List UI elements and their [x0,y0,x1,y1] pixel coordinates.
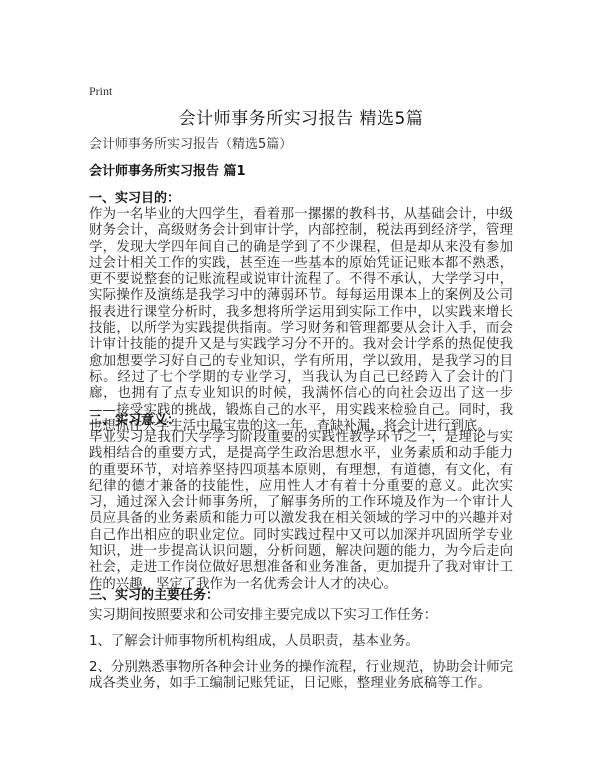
section-heading-tasks: 三、实习的主要任务： [89,584,219,603]
print-label[interactable]: Print [89,84,112,99]
page-title: 会计师事务所实习报告 精选5篇 [89,104,513,129]
article-heading: 会计师事务所实习报告 篇1 [89,160,246,179]
paragraph-significance: 毕业实习是我们大学学习阶段重要的实践性教学环节之一，是理论与实践相结合的重要方式… [89,430,513,593]
list-item-task-2: 2、分别熟悉事物所各种会计业务的操作流程，行业规范，协助会计师完成各类业务，如手… [89,660,513,693]
paragraph-purpose: 作为一名毕业的大四学生，看着那一摞摞的教科书，从基础会计，中级财务会计，高级财务… [89,207,513,435]
list-item-task-1: 1、了解会计师事物所机构组成，人员职责，基本业务。 [89,634,513,650]
section-heading-purpose: 一、实习目的： [89,187,180,206]
section-heading-significance: 二、实习意义： [89,409,180,428]
paragraph-tasks-intro: 实习期间按照要求和公司安排主要完成以下实习工作任务： [89,608,513,624]
document-subtitle: 会计师事务所实习报告（精选5篇） [89,133,292,152]
